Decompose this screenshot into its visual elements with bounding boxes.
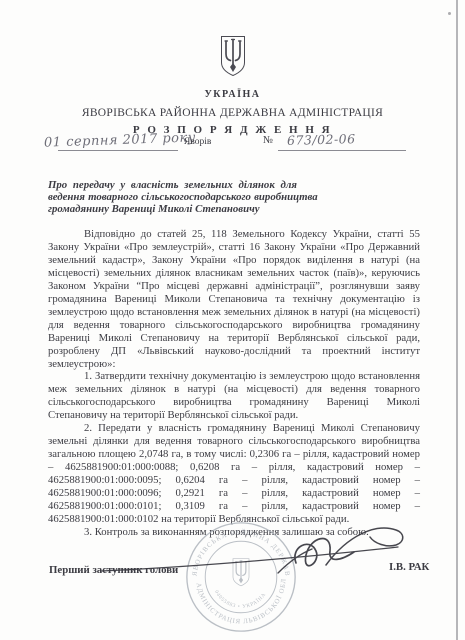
signatory-position-title: Перший заступник голови xyxy=(49,564,178,576)
document-header: УКРАЇНА ЯВОРІВСЬКА РАЙОННА ДЕРЖАВНА АДМІ… xyxy=(0,33,465,136)
administration-name: ЯВОРІВСЬКА РАЙОННА ДЕРЖАВНА АДМІНІСТРАЦІ… xyxy=(0,107,465,119)
decree-item-1: 1. Затвердити технічну документацію із з… xyxy=(48,370,420,422)
city-label: Яворів xyxy=(184,137,211,147)
decree-title-line: громадянину Варениці Миколі Степановичу xyxy=(48,204,402,216)
number-sign: № xyxy=(263,135,273,146)
date-number-row: 01 серпня 2017 року Яворів № 673/02-06 xyxy=(0,130,465,156)
scan-speck-artifact xyxy=(448,12,451,15)
decree-body: Відповідно до статей 25, 118 Земельного … xyxy=(48,228,420,539)
document-page: УКРАЇНА ЯВОРІВСЬКА РАЙОННА ДЕРЖАВНА АДМІ… xyxy=(0,0,465,640)
country-label: УКРАЇНА xyxy=(0,89,465,100)
decree-item-2: 2. Передати у власність громадянину Варе… xyxy=(48,422,420,526)
signatory-name: І.В. РАК xyxy=(389,561,429,573)
decree-title: Про передачу у власність земельних ділян… xyxy=(48,180,402,216)
handwritten-signature xyxy=(100,521,430,587)
handwritten-document-number: 673/02-06 xyxy=(287,131,356,148)
signature-block: ЯВОРІВСЬКА РАЙОННА ДЕРЖАВНА АДМІНІСТРАЦІ… xyxy=(0,515,465,640)
number-underline xyxy=(278,150,406,151)
ukraine-trident-icon xyxy=(218,33,248,79)
intro-paragraph: Відповідно до статей 25, 118 Земельного … xyxy=(48,228,420,370)
date-underline xyxy=(58,150,178,151)
handwritten-date: 01 серпня 2017 року xyxy=(44,130,196,150)
